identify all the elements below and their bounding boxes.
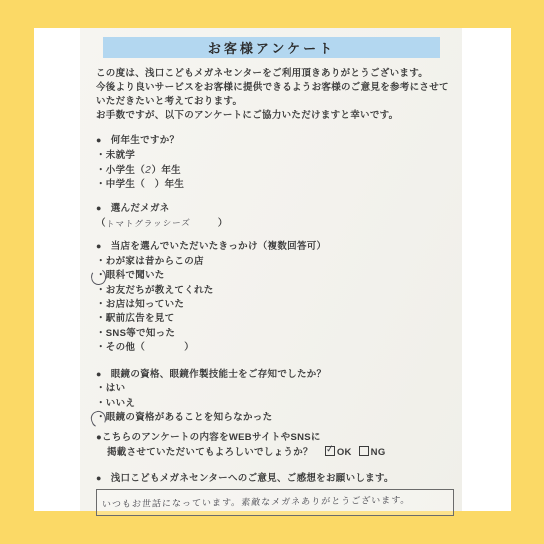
question-license-heading: ●眼鏡の資格、眼鏡作製技能士をご存知でしたか？ xyxy=(96,367,452,382)
question-publish-line1-text: こちらのアンケートの内容をWEBサイトやSNSに xyxy=(102,432,321,443)
option-did-not-know: ・眼鏡の資格があることを知らなかった xyxy=(96,411,452,425)
bullet-icon: ● xyxy=(96,367,102,381)
question-comment: ●浅口こどもメガネセンターへのご意見、ご感想をお願いします。 いつもお世話になっ… xyxy=(96,471,452,515)
option-no: ・いいえ xyxy=(96,397,452,411)
question-comment-heading-text: 浅口こどもメガネセンターへのご意見、ご感想をお願いします。 xyxy=(111,473,394,484)
ng-choice: NG xyxy=(359,447,386,458)
option-other: ・その他（ ） xyxy=(96,341,452,355)
bullet-icon: ● xyxy=(96,471,102,485)
question-license-heading-text: 眼鏡の資格、眼鏡作製技能士をご存知でしたか？ xyxy=(111,369,327,380)
white-mat: お客様アンケート この度は、浅口こどもメガネセンターをご利用頂きありがとうござい… xyxy=(34,28,511,511)
survey-title: お客様アンケート xyxy=(208,38,335,57)
option-sns: ・SNS等で知った xyxy=(96,327,452,341)
comment-box: いつもお世話になっています。素敵なメガネありがとうございます。 xyxy=(96,489,454,516)
option-elementary-pre: ・小学生（ xyxy=(96,165,145,176)
photo-survey-card: { "colors": { "frame_yellow": "#FBD966",… xyxy=(0,0,544,544)
option-knew-store: ・お店は知っていた xyxy=(96,298,452,312)
bullet-icon: ● xyxy=(96,201,102,215)
option-station-ad: ・駅前広告を見て xyxy=(96,312,452,326)
intro-line-1: この度は、浅口こどもメガネセンターをご利用頂きありがとうございます。 xyxy=(96,67,452,81)
intro-line-3: いただきたいと考えております。 xyxy=(96,95,452,109)
option-elementary-post: ）年生 xyxy=(152,165,181,176)
question-glasses: ●選んだメガネ （トマトグラッシーズ） xyxy=(96,201,452,232)
question-grade: ●何年生ですか？ ・未就学 ・小学生（2）年生 ・中学生（ ）年生 xyxy=(96,133,452,193)
survey-title-bar: お客様アンケート xyxy=(103,37,440,58)
survey-content: この度は、浅口こどもメガネセンターをご利用頂きありがとうございます。 今後より良… xyxy=(80,67,462,516)
publish-choices: ✓OKNG xyxy=(325,446,386,460)
handwritten-comment: いつもお世話になっています。素敵なメガネありがとうございます。 xyxy=(102,492,411,509)
question-publish-line1: ●こちらのアンケートの内容をWEBサイトやSNSに xyxy=(96,431,452,445)
question-comment-heading: ●浅口こどもメガネセンターへのご意見、ご感想をお願いします。 xyxy=(96,471,452,486)
question-publish-line2-text: 掲載させていただいてもよろしいでしょうか？ xyxy=(107,447,313,458)
intro-line-2: 今後より良いサービスをお客様に提供できるようお客様のご意見を参考にさせて xyxy=(96,81,452,95)
glasses-answer-line: （トマトグラッシーズ） xyxy=(96,216,452,231)
option-eye-clinic: ・眼科で聞いた xyxy=(96,269,452,283)
option-elementary: ・小学生（2）年生 xyxy=(96,164,452,178)
paren-close: ） xyxy=(218,218,228,229)
option-family-store: ・わが家は昔からこの店 xyxy=(96,255,452,269)
handwritten-glasses-name: トマトグラッシーズ xyxy=(105,215,218,231)
question-reason: ●当店を選んでいただいたきっかけ（複数回答可） ・わが家は昔からこの店 ・眼科で… xyxy=(96,239,452,355)
option-did-not-know-label: ・眼鏡の資格があることを知らなかった xyxy=(96,412,272,423)
handwritten-grade-year: 2 xyxy=(144,164,154,179)
question-glasses-heading: ●選んだメガネ xyxy=(96,201,452,216)
survey-paper: お客様アンケート この度は、浅口こどもメガネセンターをご利用頂きありがとうござい… xyxy=(80,28,462,511)
ok-choice: ✓OK xyxy=(325,446,352,460)
bullet-icon: ● xyxy=(96,133,102,147)
ok-checkbox: ✓ xyxy=(325,446,335,456)
ok-label: OK xyxy=(337,447,352,458)
question-glasses-heading-text: 選んだメガネ xyxy=(111,203,170,214)
ng-label: NG xyxy=(371,447,386,458)
question-license: ●眼鏡の資格、眼鏡作製技能士をご存知でしたか？ ・はい ・いいえ ・眼鏡の資格が… xyxy=(96,367,452,426)
paren-open: （ xyxy=(96,218,106,229)
option-friend-told: ・お友だちが教えてくれた xyxy=(96,284,452,298)
question-publish-line2: 掲載させていただいてもよろしいでしょうか？✓OKNG xyxy=(96,446,452,460)
intro-line-4: お手数ですが、以下のアンケートにご協力いただけますと幸いです。 xyxy=(96,109,452,123)
bullet-icon: ● xyxy=(96,239,102,253)
question-reason-heading-text: 当店を選んでいただいたきっかけ（複数回答可） xyxy=(111,241,327,252)
question-reason-heading: ●当店を選んでいただいたきっかけ（複数回答可） xyxy=(96,239,452,254)
intro-paragraph: この度は、浅口こどもメガネセンターをご利用頂きありがとうございます。 今後より良… xyxy=(96,67,452,123)
handwritten-check-icon: ✓ xyxy=(325,442,336,457)
question-grade-heading-text: 何年生ですか？ xyxy=(111,135,180,146)
option-eye-clinic-label: ・眼科で聞いた xyxy=(96,270,165,281)
question-grade-heading: ●何年生ですか？ xyxy=(96,133,452,148)
option-preschool: ・未就学 xyxy=(96,149,452,163)
option-yes: ・はい xyxy=(96,382,452,396)
ng-checkbox xyxy=(359,446,369,456)
option-junior-high: ・中学生（ ）年生 xyxy=(96,178,452,192)
question-publish: ●こちらのアンケートの内容をWEBサイトやSNSに 掲載させていただいてもよろし… xyxy=(96,431,452,460)
